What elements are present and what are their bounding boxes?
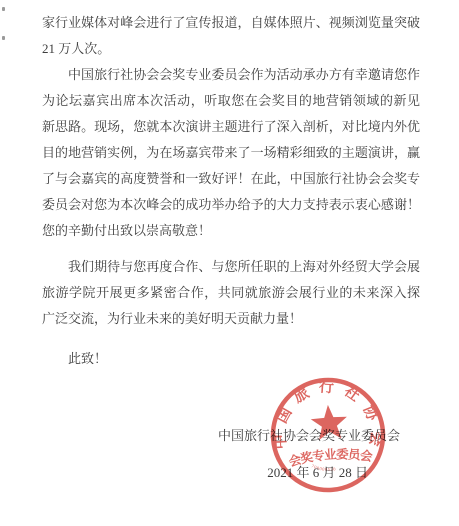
letter-line: 我们期待与您再度合作、与您所任职的上海对外经贸大学会展与: [42, 254, 420, 280]
letter-line: 您的辛勤付出致以崇高敬意！: [42, 218, 420, 244]
scan-artifact: [2, 36, 5, 40]
letter-body: 家行业媒体对峰会进行了宣传报道，自媒体照片、视频浏览量突破 21 万人次。 中国…: [42, 10, 420, 372]
letter-line: 家行业媒体对峰会进行了宣传报道，自媒体照片、视频浏览量突破: [42, 10, 420, 36]
letter-line: 21 万人次。: [42, 36, 420, 62]
letter-line: 委员会对您为本次峰会的成功举办给予的大力支持表示衷心感谢！对: [42, 192, 420, 218]
scan-artifact: [2, 7, 5, 11]
letter-line: 为论坛嘉宾出席本次活动，听取您在会奖目的地营销领域的新见解、: [42, 88, 420, 114]
letter-page: 家行业媒体对峰会进行了宣传报道，自媒体照片、视频浏览量突破 21 万人次。 中国…: [0, 0, 459, 526]
letter-line: 旅游学院开展更多紧密合作，共同就旅游会展行业的未来深入探讨、: [42, 280, 420, 306]
star-icon: [310, 404, 349, 441]
letter-line: 目的地营销实例，为在场嘉宾带来了一场精彩细致的主题演讲，赢得: [42, 140, 420, 166]
letter-line: 新思路。现场，您就本次演讲主题进行了深入剖析，对比境内外优秀: [42, 114, 420, 140]
seal-inner-text: 会奖专业委员会: [287, 444, 375, 470]
salutation: 此致！: [42, 346, 420, 372]
official-seal: 中国旅行社协会 会奖专业委员会 700000530: [266, 373, 390, 497]
letter-line: 中国旅行社协会会奖专业委员会作为活动承办方有幸邀请您作: [42, 62, 420, 88]
letter-line: 了与会嘉宾的高度赞誉和一致好评！在此，中国旅行社协会会奖专业: [42, 166, 420, 192]
letter-line: 广泛交流，为行业未来的美好明天贡献力量！: [42, 306, 420, 332]
